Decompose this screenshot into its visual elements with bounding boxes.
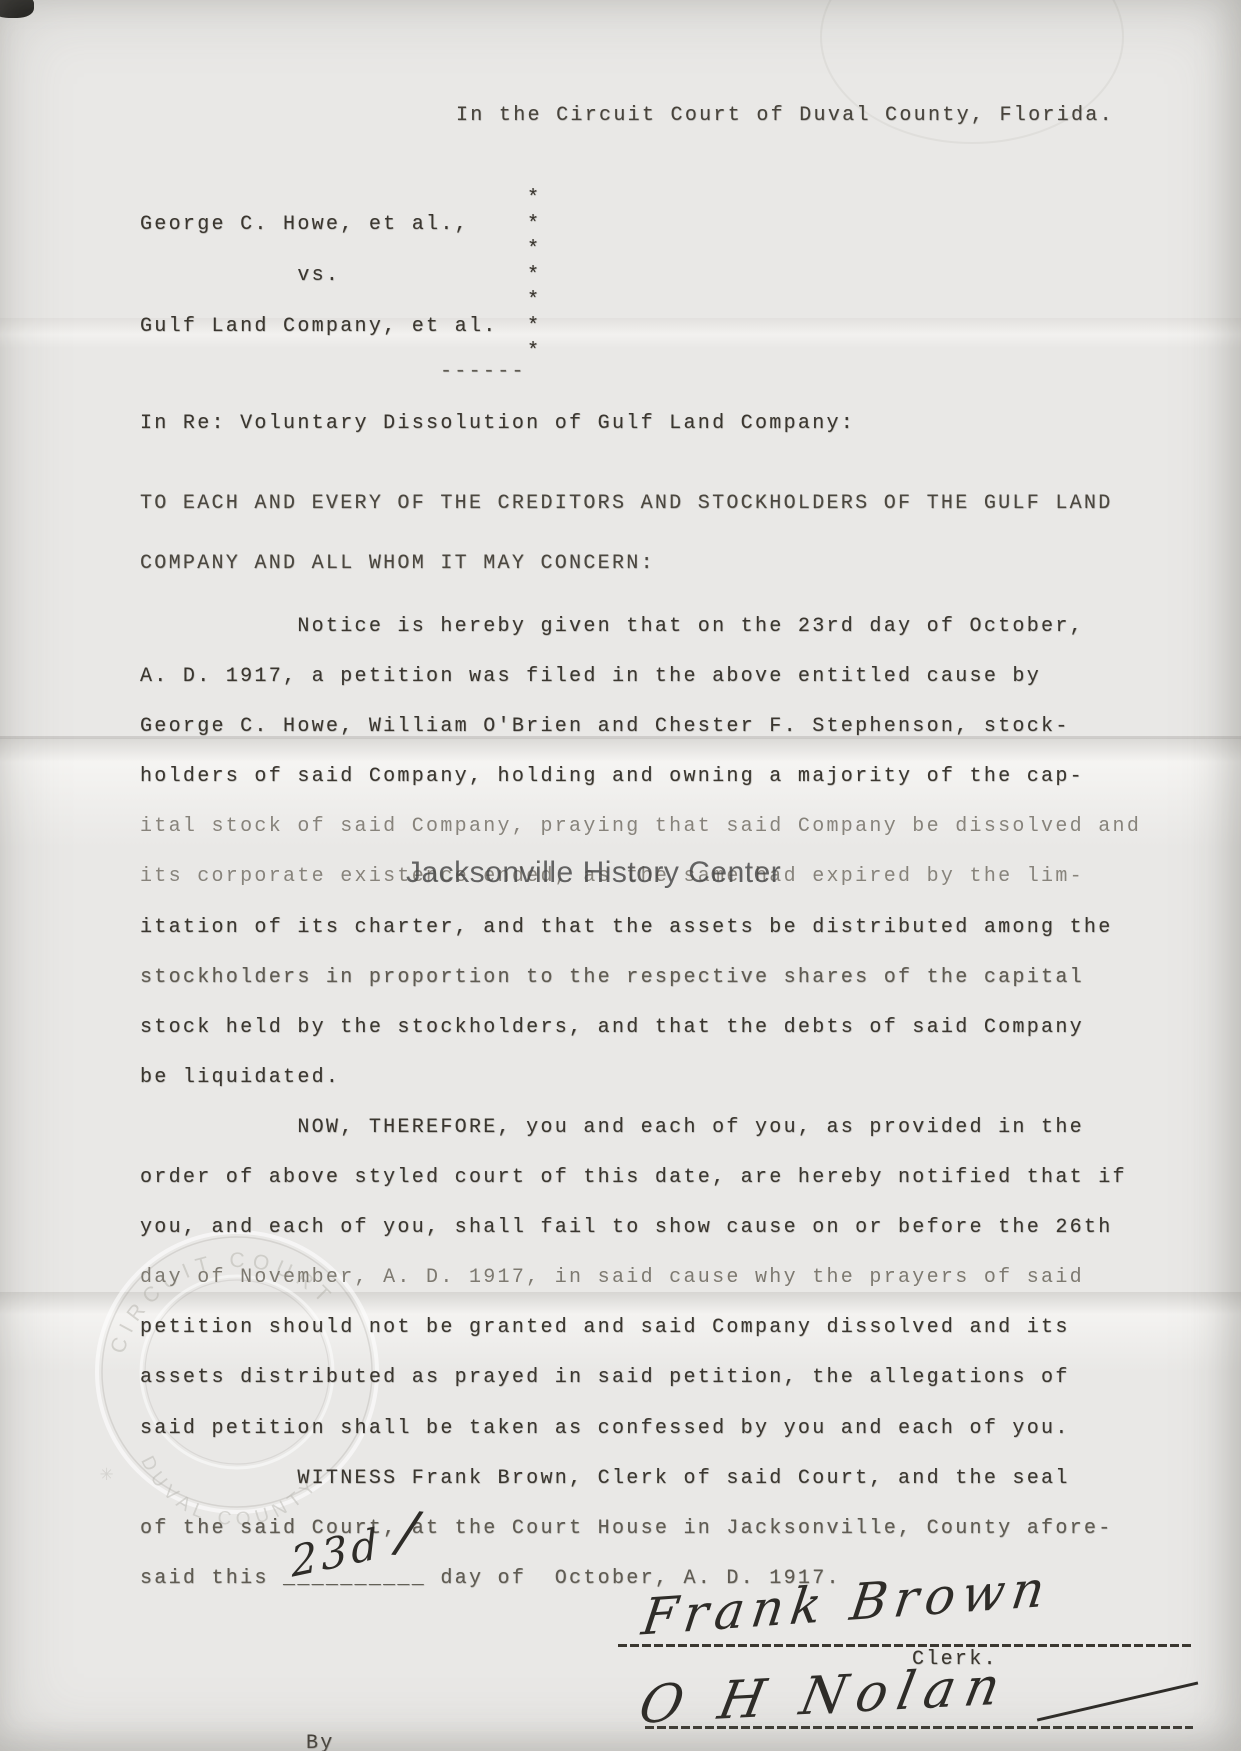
asterisk-glyph: *: [527, 212, 541, 238]
address-block: TO EACH AND EVERY OF THE CREDITORS AND S…: [140, 474, 1113, 594]
typed-line: you, and each of you, shall fail to show…: [140, 1203, 1141, 1253]
typed-line: assets distributed as prayed in said pet…: [140, 1353, 1141, 1403]
dash-separator: ------: [440, 360, 526, 383]
archive-watermark: Jacksonville History Center: [406, 856, 781, 890]
scanned-document-page: CIRCUIT COURT DUVAL COUNTY ✳ In the Circ…: [0, 0, 1241, 1751]
asterisk-glyph: *: [527, 314, 541, 340]
by-label: By: [306, 1732, 335, 1751]
asterisk-glyph: *: [527, 339, 541, 365]
caption-line: vs.: [140, 250, 498, 301]
signature-rule: [618, 1644, 1193, 1647]
typed-line: George C. Howe, William O'Brien and Ches…: [140, 702, 1141, 752]
notice-body: Notice is hereby given that on the 23rd …: [140, 602, 1141, 1604]
typed-line: holders of said Company, holding and own…: [140, 752, 1141, 802]
typed-line: said petition shall be taken as confesse…: [140, 1404, 1141, 1454]
typed-line: WITNESS Frank Brown, Clerk of said Court…: [140, 1454, 1141, 1504]
in-re-line: In Re: Voluntary Dissolution of Gulf Lan…: [140, 412, 855, 435]
asterisk-glyph: *: [527, 237, 541, 263]
typed-line: stock held by the stockholders, and that…: [140, 1003, 1141, 1053]
asterisk-glyph: *: [527, 288, 541, 314]
asterisk-glyph: *: [527, 263, 541, 289]
typed-line: A. D. 1917, a petition was filed in the …: [140, 652, 1141, 702]
typed-line: day of November, A. D. 1917, in said cau…: [140, 1253, 1141, 1303]
signature-flourish: [1037, 1681, 1198, 1721]
case-caption: George C. Howe, et al., vs.Gulf Land Com…: [140, 199, 498, 352]
typed-line: stockholders in proportion to the respec…: [140, 953, 1141, 1003]
typed-line: order of above styled court of this date…: [140, 1153, 1141, 1203]
seal-star-glyph: ✳: [100, 1462, 113, 1487]
caption-line: George C. Howe, et al.,: [140, 199, 498, 250]
typed-line: NOW, THEREFORE, you and each of you, as …: [140, 1103, 1141, 1153]
typed-line: petition should not be granted and said …: [140, 1303, 1141, 1353]
address-line: COMPANY AND ALL WHOM IT MAY CONCERN:: [140, 534, 1113, 594]
scan-corner-mark: [0, 0, 34, 18]
typed-line: be liquidated.: [140, 1053, 1141, 1103]
court-header: In the Circuit Court of Duval County, Fl…: [456, 104, 1114, 127]
address-line: TO EACH AND EVERY OF THE CREDITORS AND S…: [140, 474, 1113, 534]
typed-line: Notice is hereby given that on the 23rd …: [140, 602, 1141, 652]
typed-line: ital stock of said Company, praying that…: [140, 802, 1141, 852]
caption-line: Gulf Land Company, et al.: [140, 301, 498, 352]
deputy-signature: O H Nolan: [634, 1656, 1014, 1736]
caption-asterisk-column: *******: [527, 186, 541, 365]
typed-line: itation of its charter, and that the ass…: [140, 903, 1141, 953]
asterisk-glyph: *: [527, 186, 541, 212]
